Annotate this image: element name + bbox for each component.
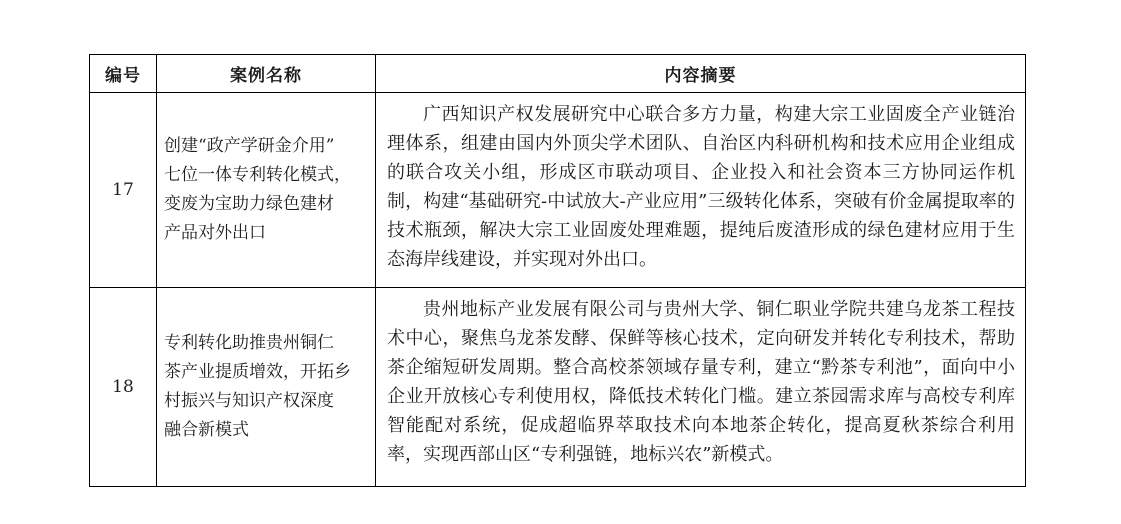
case-id: 17 (90, 93, 157, 288)
case-name: 专利转化助推贵州铜仁 茶产业提质增效，开拓乡 村振兴与知识产权深度 融合新模式 (157, 288, 376, 487)
case-table: 编号 案例名称 内容摘要 17 创建“政产学研金介用” 七位一体专利转化模式， … (89, 54, 1026, 487)
header-cell-summary: 内容摘要 (376, 55, 1026, 93)
header-cell-id: 编号 (90, 55, 157, 93)
header-cell-name: 案例名称 (157, 55, 376, 93)
document-page: 编号 案例名称 内容摘要 17 创建“政产学研金介用” 七位一体专利转化模式， … (0, 0, 1121, 524)
case-name: 创建“政产学研金介用” 七位一体专利转化模式， 变废为宝助力绿色建材 产品对外出… (157, 93, 376, 288)
table-header-row: 编号 案例名称 内容摘要 (90, 55, 1026, 93)
case-summary: 贵州地标产业发展有限公司与贵州大学、铜仁职业学院共建乌龙茶工程技术中心，聚焦乌龙… (376, 288, 1026, 487)
case-id: 18 (90, 288, 157, 487)
case-summary: 广西知识产权发展研究中心联合多方力量，构建大宗工业固废全产业链治理体系，组建由国… (376, 93, 1026, 288)
table-row-18: 18 专利转化助推贵州铜仁 茶产业提质增效，开拓乡 村振兴与知识产权深度 融合新… (90, 288, 1026, 487)
table-row-17: 17 创建“政产学研金介用” 七位一体专利转化模式， 变废为宝助力绿色建材 产品… (90, 93, 1026, 288)
